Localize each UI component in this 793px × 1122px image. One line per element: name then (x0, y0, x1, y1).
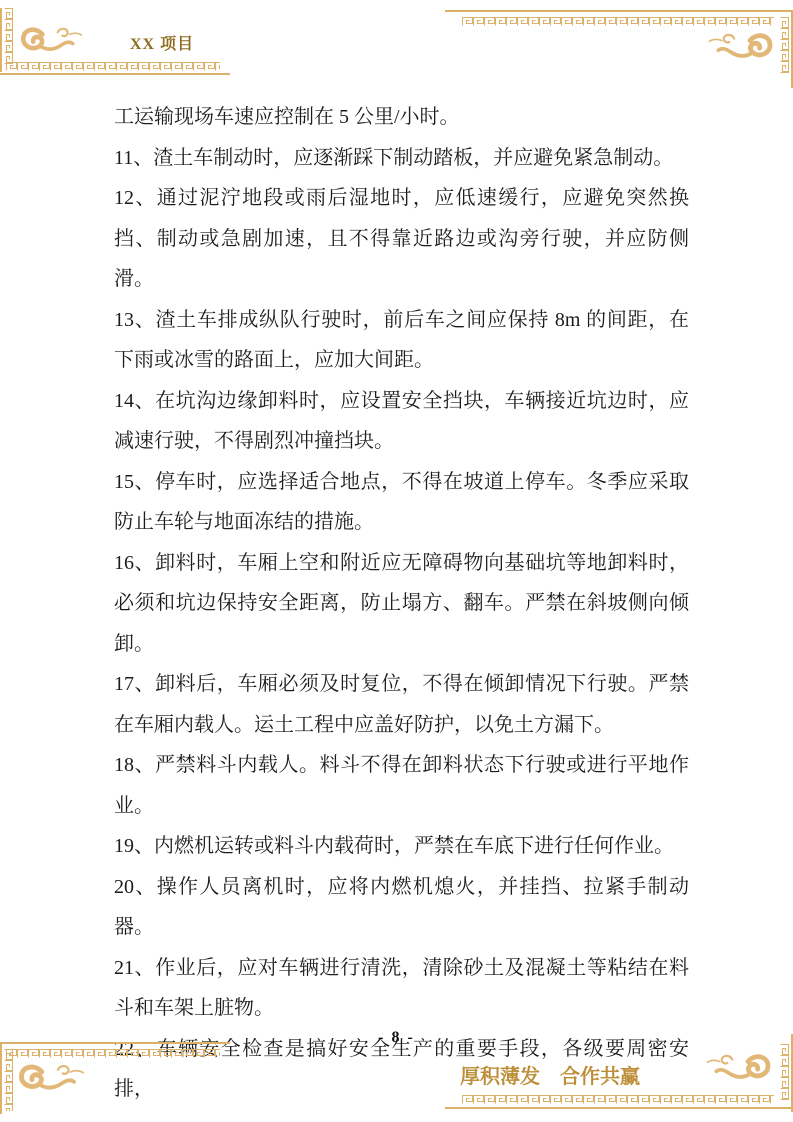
greek-key-border-icon (4, 8, 13, 64)
document-body: 工运输现场车速应控制在 5 公里/小时。 11、渣土车制动时，应逐渐踩下制动踏板… (114, 97, 689, 1110)
body-paragraph: 16、卸料时，车厢上空和附近应无障碍物向基础坑等地卸料时，必须和坑边保持安全距离… (114, 543, 689, 665)
body-paragraph: 15、停车时，应选择适合地点，不得在坡道上停车。冬季应采取防止车轮与地面冻结的措… (114, 462, 689, 543)
bottom-left-border-line (0, 1042, 2, 1114)
greek-key-border-icon (462, 1095, 774, 1104)
document-page: XX 项目 工运输现场车速应控制在 5 公里/小时。 11、渣土车制动时，应逐渐… (0, 0, 793, 1122)
body-paragraph: 19、内燃机运转或料斗内载荷时，严禁在车底下进行任何作业。 (114, 826, 689, 867)
header-project-title: XX 项目 (130, 31, 194, 54)
greek-key-border-icon (462, 17, 774, 26)
page-number: - 8 - (0, 1029, 793, 1047)
cloud-motif-icon (704, 31, 774, 64)
top-left-border-line (0, 8, 2, 72)
top-left-border-line (0, 73, 230, 75)
greek-key-border-icon (6, 1049, 220, 1058)
top-right-border-line (445, 10, 793, 12)
greek-key-border-icon (4, 1049, 13, 1111)
footer-slogan: 厚积薄发 合作共赢 (460, 1060, 695, 1089)
greek-key-border-icon (6, 62, 220, 71)
body-paragraph: 14、在坑沟边缘卸料时，应设置安全挡块，车辆接近坑边时，应减速行驶，不得剧烈冲撞… (114, 381, 689, 462)
cloud-motif-icon (20, 25, 86, 57)
body-paragraph: 17、卸料后，车厢必须及时复位，不得在倾卸情况下行驶。严禁在车厢内载人。运土工程… (114, 664, 689, 745)
body-paragraph: 11、渣土车制动时，应逐渐踩下制动踏板，并应避免紧急制动。 (114, 138, 689, 179)
body-paragraph: 20、操作人员离机时，应将内燃机熄火，并挂挡、拉紧手制动器。 (114, 867, 689, 948)
greek-key-border-icon (780, 17, 789, 73)
body-paragraph: 工运输现场车速应控制在 5 公里/小时。 (114, 97, 689, 138)
bottom-right-border-line (445, 1107, 793, 1109)
cloud-motif-icon (702, 1052, 772, 1085)
greek-key-border-icon (780, 1044, 789, 1100)
body-paragraph: 21、作业后，应对车辆进行清洗，清除砂土及混凝土等粘结在料斗和车架上脏物。 (114, 948, 689, 1029)
body-paragraph: 18、严禁料斗内载人。料斗不得在卸料状态下行驶或进行平地作业。 (114, 745, 689, 826)
body-paragraph: 12、通过泥泞地段或雨后湿地时，应低速缓行，应避免突然换挡、制动或急剧加速，且不… (114, 178, 689, 300)
body-paragraph: 13、渣土车排成纵队行驶时，前后车之间应保持 8m 的间距，在下雨或冰雪的路面上… (114, 300, 689, 381)
bottom-left-border-line (0, 1042, 230, 1044)
cloud-motif-icon (18, 1062, 88, 1096)
